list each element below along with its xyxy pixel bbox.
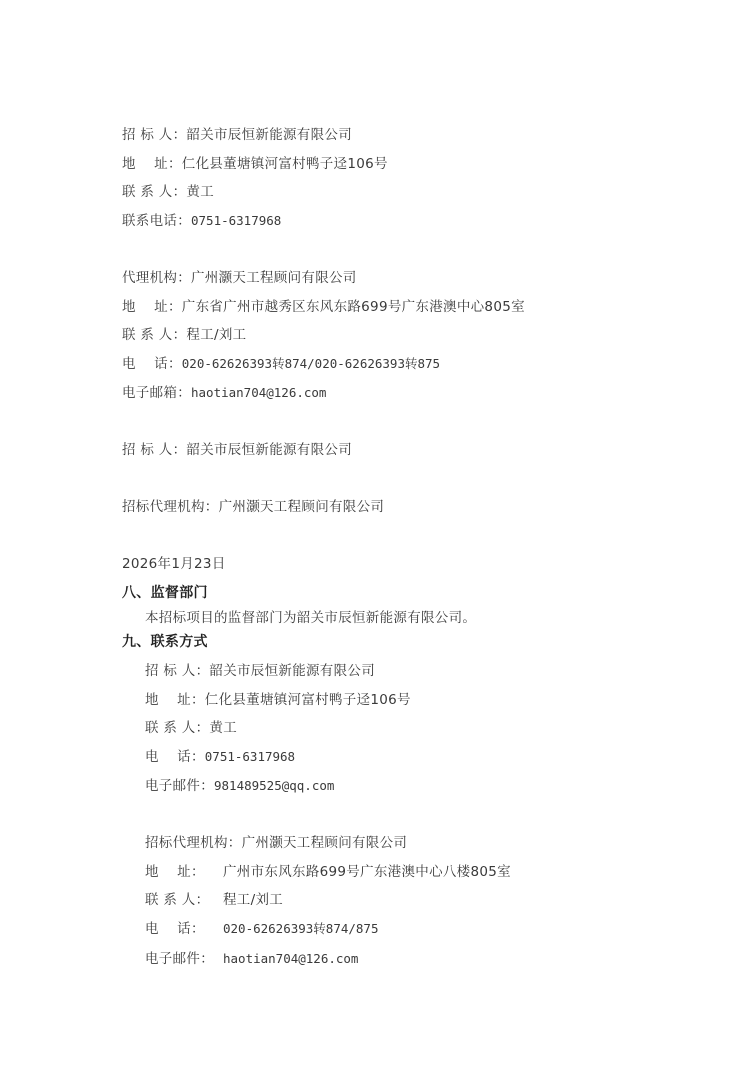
address-label: 地 址： [122, 155, 182, 173]
s9-tenderer-value: 韶关市辰恒新能源有限公司 [209, 663, 375, 679]
s9-contact-label: 联 系 人： [145, 719, 209, 737]
s9-agency-phone-value: 020-62626393转874/875 [223, 921, 379, 936]
agency-value: 广州灏天工程顾问有限公司 [191, 270, 357, 286]
phone-label: 联系电话： [122, 212, 191, 230]
agency-email-line: 电子邮箱：haotian704@126.com [122, 384, 326, 402]
tenderer-value: 韶关市辰恒新能源有限公司 [186, 127, 352, 143]
s9-agency-email-line: 电子邮件：haotian704@126.com [145, 950, 358, 968]
agency-email-value: haotian704@126.com [191, 385, 326, 400]
agency-contact-value: 程工/刘工 [186, 327, 246, 343]
signature-agency-line: 招标代理机构：广州灏天工程顾问有限公司 [122, 498, 384, 516]
section8-title: 八、监督部门 [122, 584, 208, 602]
s9-agency-address-label: 地 址： [145, 863, 223, 881]
agency-address-value: 广东省广州市越秀区东风东路699号广东港澳中心805室 [182, 299, 525, 315]
tenderer-line: 招 标 人：韶关市辰恒新能源有限公司 [122, 126, 352, 144]
s9-tenderer-label: 招 标 人： [145, 662, 209, 680]
address-line: 地 址：仁化县董塘镇河富村鸭子迳106号 [122, 155, 388, 173]
phone-value: 0751-6317968 [191, 213, 281, 228]
s9-phone-value: 0751-6317968 [205, 749, 295, 764]
signature-tenderer-label: 招 标 人： [122, 441, 186, 459]
s9-address-label: 地 址： [145, 691, 205, 709]
s9-tenderer-line: 招 标 人：韶关市辰恒新能源有限公司 [145, 662, 375, 680]
agency-label: 代理机构： [122, 269, 191, 287]
s9-contact-line: 联 系 人：黄工 [145, 719, 237, 737]
phone-line: 联系电话：0751-6317968 [122, 212, 281, 230]
s9-agency-phone-label: 电 话： [145, 920, 223, 938]
s9-phone-label: 电 话： [145, 748, 205, 766]
s9-address-line: 地 址：仁化县董塘镇河富村鸭子迳106号 [145, 691, 411, 709]
s9-agency-contact-value: 程工/刘工 [223, 892, 283, 908]
s9-agency-email-value: haotian704@126.com [223, 951, 358, 966]
s9-agency-label: 招标代理机构： [145, 834, 242, 852]
agency-address-line: 地 址：广东省广州市越秀区东风东路699号广东港澳中心805室 [122, 298, 525, 316]
s9-agency-contact-line: 联 系 人：程工/刘工 [145, 891, 283, 909]
agency-phone-line: 电 话：020-62626393转874/020-62626393转875 [122, 355, 440, 373]
tenderer-label: 招 标 人： [122, 126, 186, 144]
s9-agency-address-line: 地 址：广州市东风东路699号广东港澳中心八楼805室 [145, 863, 511, 881]
agency-email-label: 电子邮箱： [122, 384, 191, 402]
section9-title: 九、联系方式 [122, 633, 208, 651]
agency-contact-line: 联 系 人：程工/刘工 [122, 326, 246, 344]
s9-agency-contact-label: 联 系 人： [145, 891, 223, 909]
signature-agency-value: 广州灏天工程顾问有限公司 [219, 499, 385, 515]
s9-agency-phone-line: 电 话：020-62626393转874/875 [145, 920, 379, 938]
s9-email-label: 电子邮件： [145, 777, 214, 795]
agency-address-label: 地 址： [122, 298, 182, 316]
signature-tenderer-line: 招 标 人：韶关市辰恒新能源有限公司 [122, 441, 352, 459]
signature-agency-label: 招标代理机构： [122, 498, 219, 516]
s9-email-line: 电子邮件：981489525@qq.com [145, 777, 334, 795]
signature-tenderer-value: 韶关市辰恒新能源有限公司 [186, 442, 352, 458]
s9-email-value: 981489525@qq.com [214, 778, 334, 793]
s9-agency-email-label: 电子邮件： [145, 950, 223, 968]
s9-agency-line: 招标代理机构：广州灏天工程顾问有限公司 [145, 834, 407, 852]
contact-value: 黄工 [186, 184, 214, 200]
s9-address-value: 仁化县董塘镇河富村鸭子迳106号 [205, 692, 411, 708]
s9-phone-line: 电 话：0751-6317968 [145, 748, 295, 766]
contact-line: 联 系 人：黄工 [122, 183, 214, 201]
address-value: 仁化县董塘镇河富村鸭子迳106号 [182, 156, 388, 172]
s9-agency-value: 广州灏天工程顾问有限公司 [242, 835, 408, 851]
agency-phone-value: 020-62626393转874/020-62626393转875 [182, 356, 440, 371]
s9-contact-value: 黄工 [209, 720, 237, 736]
signature-date: 2026年1月23日 [122, 555, 226, 573]
agency-line: 代理机构：广州灏天工程顾问有限公司 [122, 269, 357, 287]
contact-label: 联 系 人： [122, 183, 186, 201]
s9-agency-address-value: 广州市东风东路699号广东港澳中心八楼805室 [223, 864, 511, 880]
section8-body: 本招标项目的监督部门为韶关市辰恒新能源有限公司。 [145, 609, 476, 627]
agency-phone-label: 电 话： [122, 355, 182, 373]
agency-contact-label: 联 系 人： [122, 326, 186, 344]
